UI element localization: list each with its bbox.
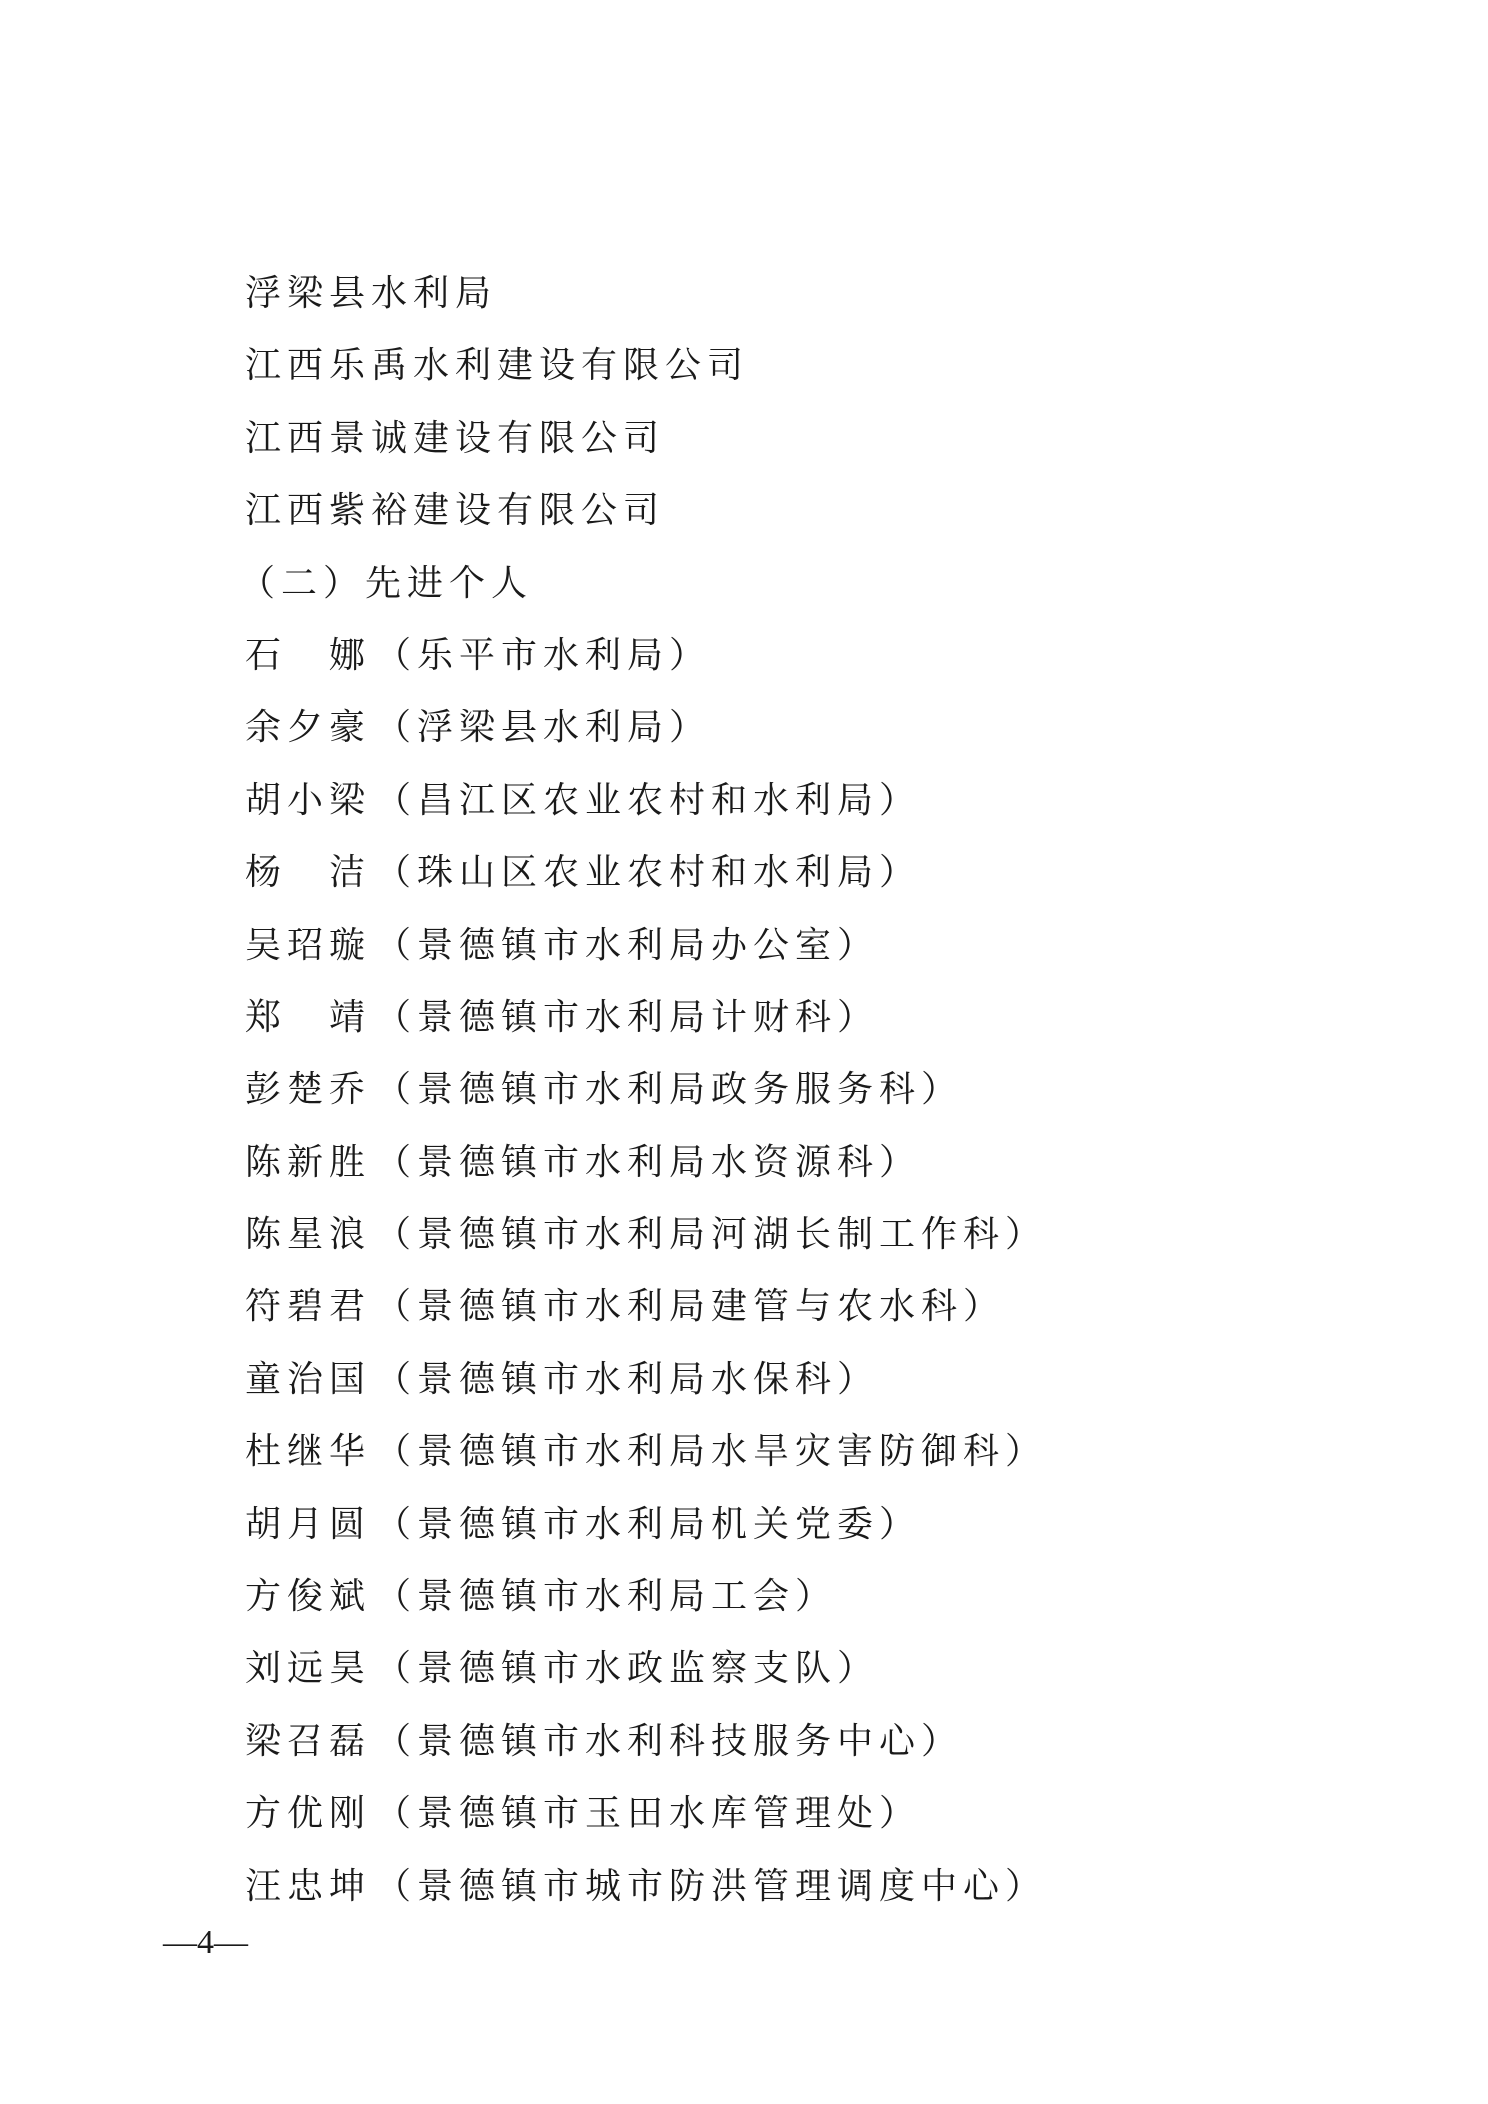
person-name: 童治国 xyxy=(245,1354,375,1406)
individual-item: 彭楚乔（景德镇市水利局政务服务科） xyxy=(245,1064,1047,1136)
person-name: 方优刚 xyxy=(245,1788,375,1840)
person-org: （景德镇市水利局办公室） xyxy=(375,925,879,966)
individual-item: 梁召磊（景德镇市水利科技服务中心） xyxy=(245,1716,1047,1788)
person-name: 汪忠坤 xyxy=(245,1861,375,1913)
award-list: 浮梁县水利局 江西乐禹水利建设有限公司 江西景诚建设有限公司 江西紫裕建设有限公… xyxy=(245,268,1047,1933)
person-name: 吴玿璇 xyxy=(245,920,375,972)
person-org: （景德镇市水利局工会） xyxy=(375,1576,837,1617)
person-org: （景德镇市水利局河湖长制工作科） xyxy=(375,1214,1047,1255)
individual-item: 方俊斌（景德镇市水利局工会） xyxy=(245,1571,1047,1643)
individual-item: 郑 靖（景德镇市水利局计财科） xyxy=(245,992,1047,1064)
person-org: （景德镇市玉田水库管理处） xyxy=(375,1793,921,1834)
person-org: （昌江区农业农村和水利局） xyxy=(375,780,921,821)
unit-item: 江西乐禹水利建设有限公司 xyxy=(245,340,1047,412)
individual-item: 童治国（景德镇市水利局水保科） xyxy=(245,1354,1047,1426)
individual-item: 石 娜（乐平市水利局） xyxy=(245,630,1047,702)
person-org: （景德镇市水利局机关党委） xyxy=(375,1504,921,1545)
person-name: 郑 靖 xyxy=(245,992,375,1044)
individual-item: 胡月圆（景德镇市水利局机关党委） xyxy=(245,1499,1047,1571)
person-org: （珠山区农业农村和水利局） xyxy=(375,852,921,893)
person-name: 刘远昊 xyxy=(245,1643,375,1695)
person-name: 杨 洁 xyxy=(245,847,375,899)
person-org: （景德镇市水利局水旱灾害防御科） xyxy=(375,1431,1047,1472)
person-name: 梁召磊 xyxy=(245,1716,375,1768)
person-name: 胡月圆 xyxy=(245,1499,375,1551)
individual-item: 胡小梁（昌江区农业农村和水利局） xyxy=(245,775,1047,847)
person-org: （景德镇市水利局建管与农水科） xyxy=(375,1286,1005,1327)
person-name: 杜继华 xyxy=(245,1426,375,1478)
person-name: 石 娜 xyxy=(245,630,375,682)
person-name: 彭楚乔 xyxy=(245,1064,375,1116)
person-org: （景德镇市水利局水保科） xyxy=(375,1359,879,1400)
individual-item: 方优刚（景德镇市玉田水库管理处） xyxy=(245,1788,1047,1860)
person-name: 方俊斌 xyxy=(245,1571,375,1623)
person-org: （景德镇市水利局水资源科） xyxy=(375,1142,921,1183)
page-number: —4— xyxy=(163,1924,248,1962)
person-org: （景德镇市水利局政务服务科） xyxy=(375,1069,963,1110)
individual-item: 吴玿璇（景德镇市水利局办公室） xyxy=(245,920,1047,992)
person-name: 符碧君 xyxy=(245,1281,375,1333)
person-org: （乐平市水利局） xyxy=(375,635,711,676)
individual-item: 陈星浪（景德镇市水利局河湖长制工作科） xyxy=(245,1209,1047,1281)
individual-item: 刘远昊（景德镇市水政监察支队） xyxy=(245,1643,1047,1715)
person-org: （景德镇市水利局计财科） xyxy=(375,997,879,1038)
individual-item: 符碧君（景德镇市水利局建管与农水科） xyxy=(245,1281,1047,1353)
person-name: 胡小梁 xyxy=(245,775,375,827)
person-name: 余夕豪 xyxy=(245,702,375,754)
person-org: （景德镇市水政监察支队） xyxy=(375,1648,879,1689)
person-org: （景德镇市水利科技服务中心） xyxy=(375,1721,963,1762)
person-name: 陈星浪 xyxy=(245,1209,375,1261)
individual-item: 陈新胜（景德镇市水利局水资源科） xyxy=(245,1137,1047,1209)
unit-item: 江西紫裕建设有限公司 xyxy=(245,485,1047,557)
individual-item: 杨 洁（珠山区农业农村和水利局） xyxy=(245,847,1047,919)
individual-item: 汪忠坤（景德镇市城市防洪管理调度中心） xyxy=(245,1861,1047,1933)
individual-item: 余夕豪（浮梁县水利局） xyxy=(245,702,1047,774)
individual-item: 杜继华（景德镇市水利局水旱灾害防御科） xyxy=(245,1426,1047,1498)
person-name: 陈新胜 xyxy=(245,1137,375,1189)
unit-item: 浮梁县水利局 xyxy=(245,268,1047,340)
document-page: 浮梁县水利局 江西乐禹水利建设有限公司 江西景诚建设有限公司 江西紫裕建设有限公… xyxy=(0,0,1488,2104)
section-heading: （二）先进个人 xyxy=(239,558,1047,630)
unit-item: 江西景诚建设有限公司 xyxy=(245,413,1047,485)
person-org: （景德镇市城市防洪管理调度中心） xyxy=(375,1866,1047,1907)
person-org: （浮梁县水利局） xyxy=(375,707,711,748)
